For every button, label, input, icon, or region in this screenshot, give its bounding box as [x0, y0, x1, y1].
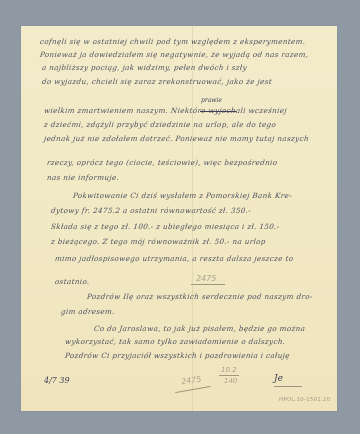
insertion-word: prawie: [201, 97, 222, 104]
letter-line-18: Co do Jaroslawa, to jak już pisałem, będ…: [94, 324, 306, 333]
letter-line-9: nas nie informuje.: [47, 173, 120, 182]
pencil-fraction-bar: [219, 375, 239, 376]
letter-line-20: Pozdrów Ci przyjaciół wszystkich i pozdr…: [65, 351, 291, 360]
letter-line-6: z dziećmi, zdążyli przybyć dziedzinie na…: [44, 120, 277, 129]
letter-line-2: Ponieważ ja dowiedziałem się negatywnie,…: [40, 50, 309, 59]
letter-line-16: Pozdrów Ilę oraz wszystkich serdecznie p…: [87, 292, 314, 301]
letter-line-10: Pokwitowanie Ci dziś wysłałem z Pomorski…: [73, 191, 293, 200]
letter-line-1: cofnęli się w ostatniej chwili pod tym w…: [40, 37, 306, 46]
archive-id-stamp: HPOL.10-1501.20: [279, 397, 330, 403]
letter-line-13: z bieżącego. Z tego mój równoważnik zł. …: [51, 237, 267, 246]
letter-line-3: a najbliższy pociąg, jak widzimy, pełen …: [42, 63, 248, 72]
pencil-fraction-top: 10.2: [221, 366, 237, 374]
signature: Je: [274, 374, 283, 384]
pencil-underline: [191, 284, 225, 285]
signature-underline: [274, 386, 302, 387]
letter-line-19: wykorzystać, tak samo tylko zawiadomieni…: [65, 337, 286, 346]
letter-line-14: mimo jadłospisowego utrzymania, a reszta…: [55, 254, 294, 263]
pencil-note-left: 2475: [180, 375, 201, 387]
letter-line-4: do wyjazdu, chcieli się zaraz zrekonstru…: [42, 77, 273, 86]
pencil-fraction-bottom: 140: [224, 377, 237, 385]
strikethrough: [200, 111, 236, 112]
letter-line-8: rzeczy, oprócz tego (ciocie, teściowie),…: [47, 158, 278, 167]
letter-line-5: wielkim zmartwieniem naszym. Niektóre wy…: [44, 106, 288, 115]
letter-line-11: dytowy fr. 2475.2 a ostatni równowartość…: [51, 206, 252, 215]
letter-page: cofnęli się w ostatniej chwili pod tym w…: [21, 26, 337, 411]
letter-line-15: ostatnio.: [55, 277, 91, 286]
letter-date: 4/7 39: [44, 376, 70, 385]
letter-line-7: jednak już nie zdołałem dotrzeć. Poniewa…: [44, 134, 310, 143]
pencil-note-line: [175, 386, 211, 393]
letter-line-17: gim adresem.: [61, 307, 116, 316]
pencil-number: 2475: [196, 274, 216, 283]
letter-line-12: Składa się z tego zł. 100.- z ubiegłego …: [51, 222, 281, 231]
